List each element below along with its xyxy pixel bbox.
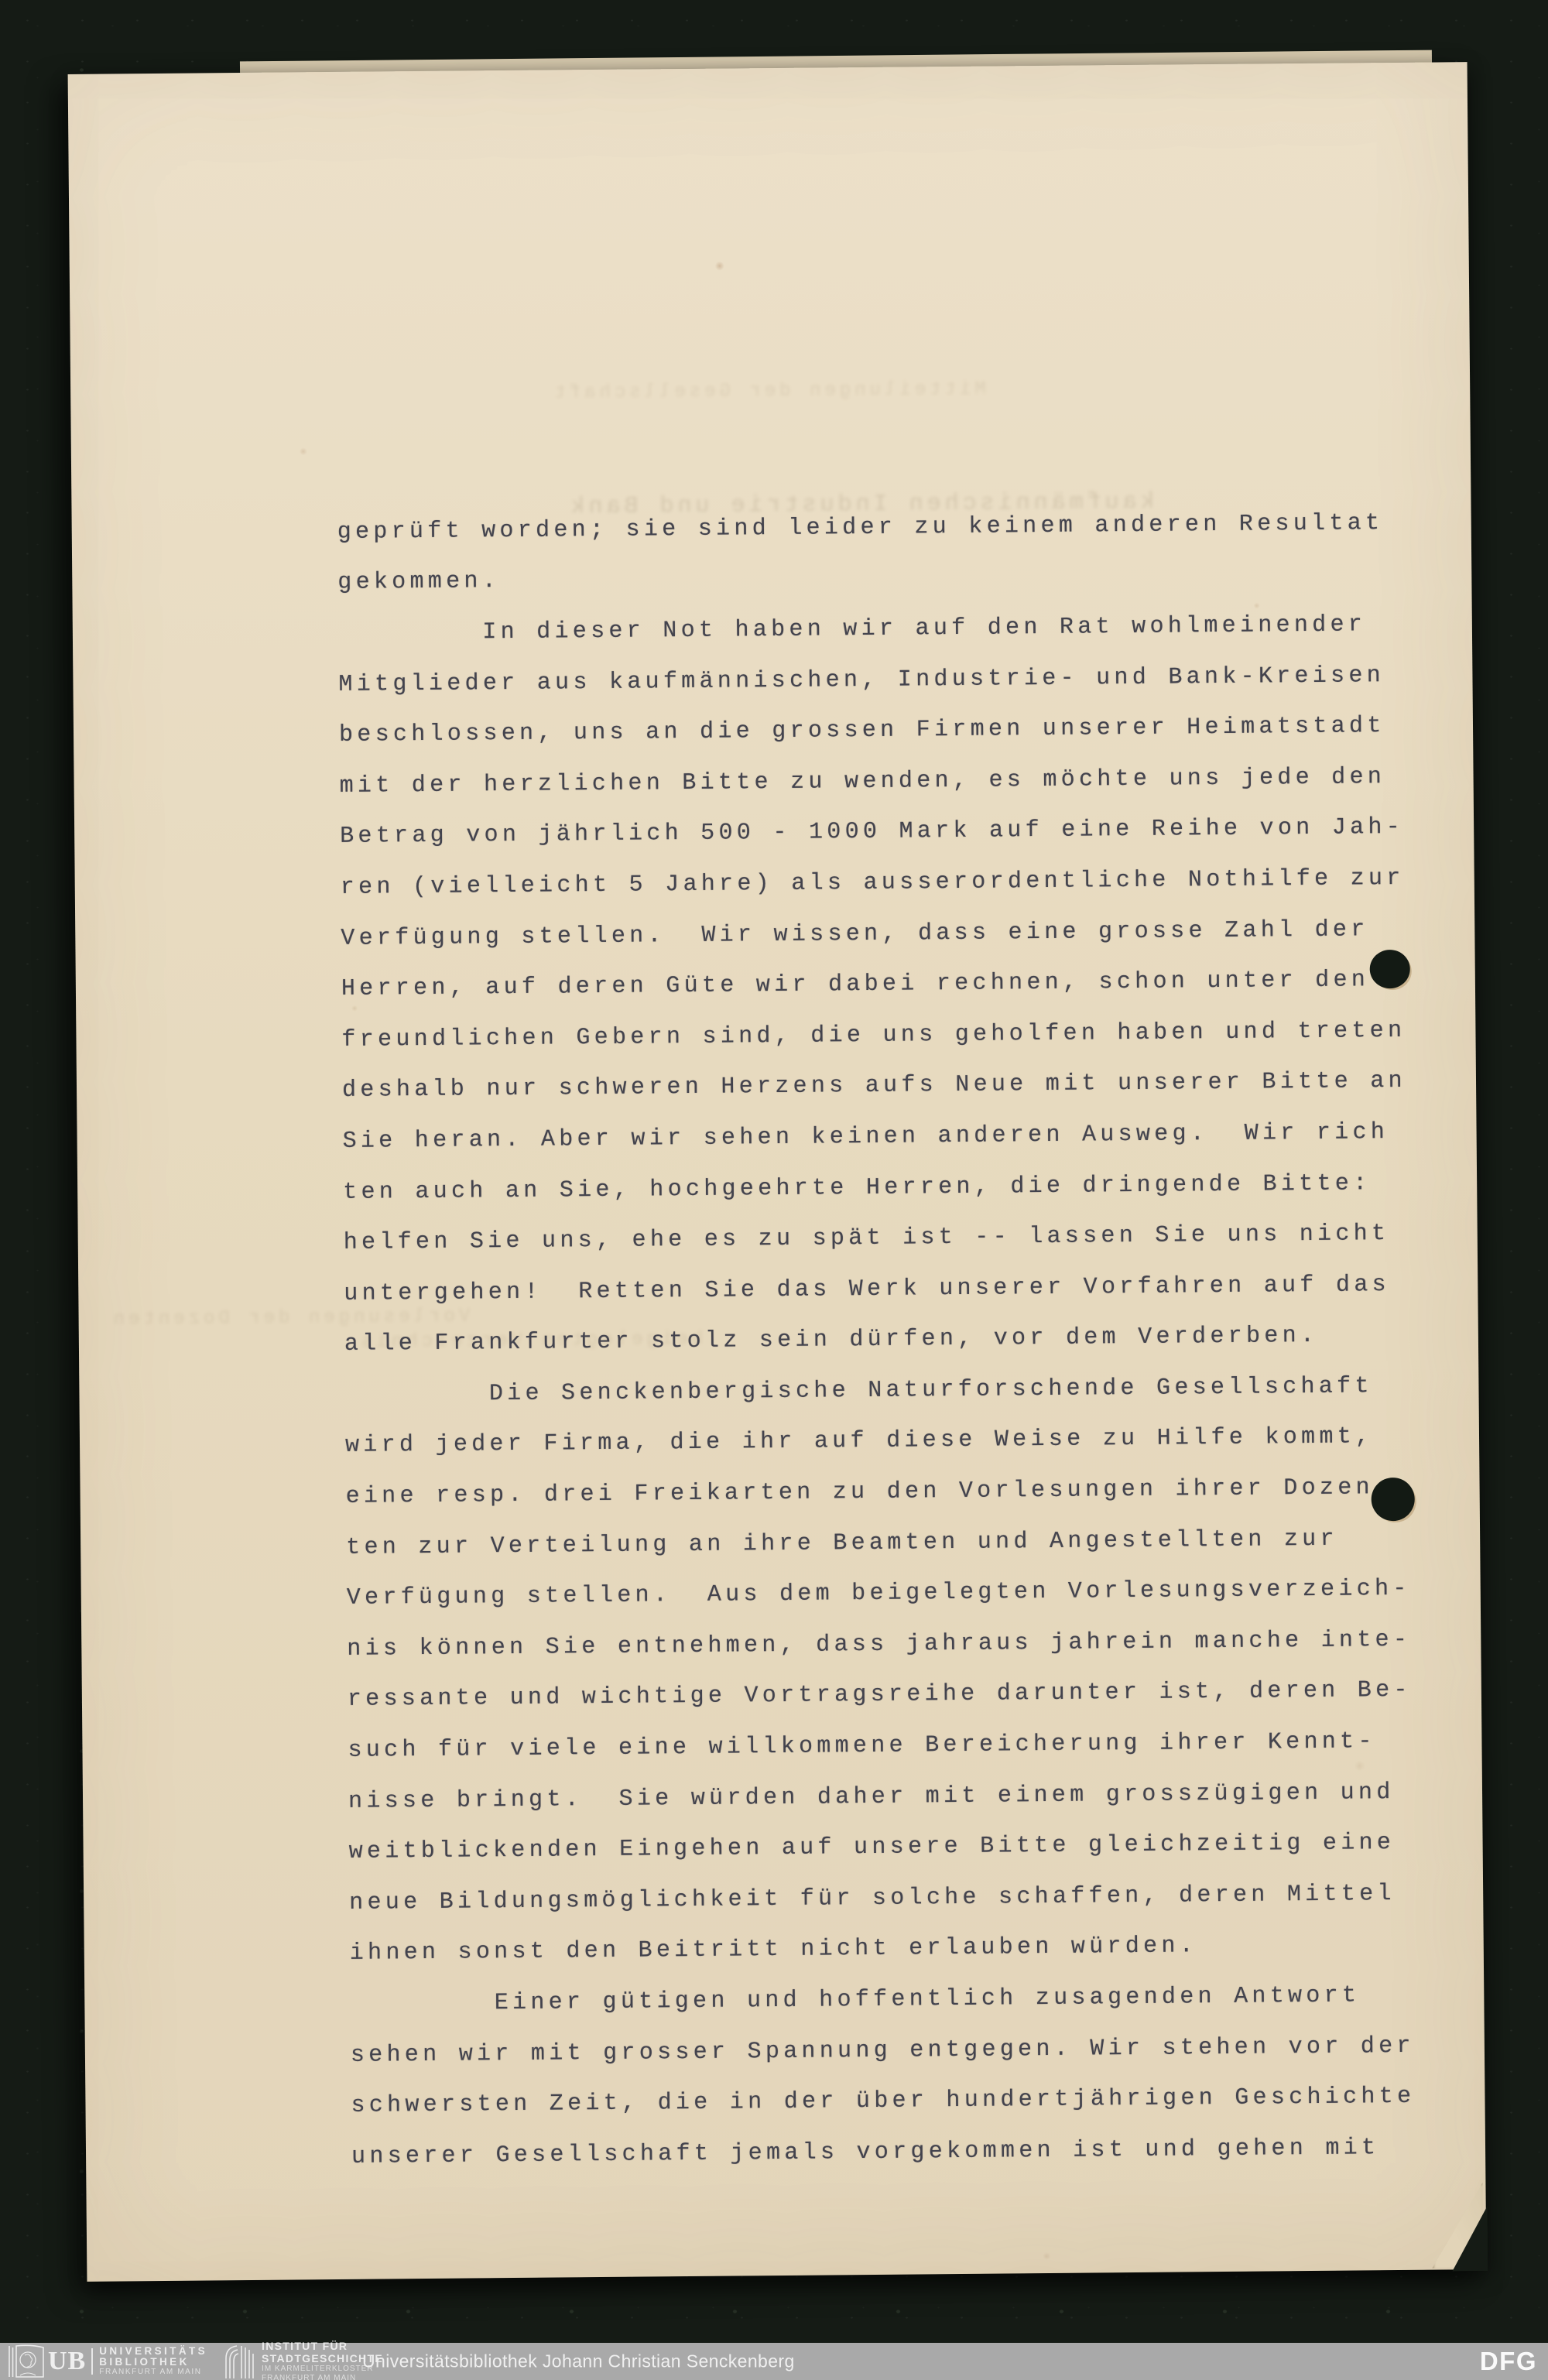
ub-wordmark: UNIVERSITÄTS BIBLIOTHEK FRANKFURT AM MAI…: [99, 2346, 207, 2377]
typewritten-line: neue Bildungsmöglichkeit für solche scha…: [349, 1868, 1449, 1929]
scanned-letter-page: Mitteilungen der Gesellschaftkaufmännisc…: [68, 62, 1487, 2282]
typewritten-line: eine resp. drei Freikarten zu den Vorles…: [345, 1463, 1445, 1523]
library-credit-text: Universitätsbibliothek Johann Christian …: [362, 2351, 795, 2372]
typewritten-line: such für viele eine willkommene Bereiche…: [348, 1717, 1447, 1777]
typewritten-line: nisse bringt. Sie würden daher mit einem…: [348, 1767, 1448, 1827]
library-credit-bar: UB UNIVERSITÄTS BIBLIOTHEK FRANKFURT AM …: [0, 2343, 1548, 2380]
typewritten-line: freundlichen Gebern sind, die uns geholf…: [341, 1005, 1441, 1066]
typewritten-line: Mitglieder aus kaufmännischen, Industrie…: [338, 650, 1438, 711]
typewritten-line: Sie heran. Aber wir sehen keinen anderen…: [342, 1107, 1442, 1167]
typewritten-line: ten auch an Sie, hochgeehrte Herren, die…: [343, 1158, 1443, 1218]
typewritten-line: beschlossen, uns an die grossen Firmen u…: [339, 701, 1439, 762]
typewritten-line: Betrag von jährlich 500 - 1000 Mark auf …: [340, 803, 1440, 863]
typewritten-line: ren (vielleicht 5 Jahre) als ausserorden…: [340, 853, 1440, 913]
typewritten-line: Verfügung stellen. Aus dem beigelegten V…: [347, 1564, 1447, 1625]
typewritten-line: weitblickenden Eingehen auf unsere Bitte…: [348, 1818, 1448, 1878]
ub-goethe-icon: [8, 2344, 45, 2378]
ub-abbr: UB: [48, 2346, 86, 2377]
typewritten-line: Einer gütigen und hoffentlich zusagenden…: [350, 1970, 1450, 2030]
ub-wordmark-line1: UNIVERSITÄTS: [99, 2346, 207, 2357]
gothic-arch-icon: [224, 2344, 254, 2378]
typewritten-line: ressante und wichtige Vortragsreihe daru…: [348, 1666, 1447, 1726]
typewritten-line: unserer Gesellschaft jemals vorgekommen …: [351, 2122, 1451, 2183]
typewritten-line: wird jeder Firma, die ihr auf diese Weis…: [345, 1412, 1445, 1472]
typewritten-line: Herren, auf deren Güte wir dabei rechnen…: [341, 955, 1441, 1015]
typewritten-line: schwersten Zeit, die in der über hundert…: [351, 2072, 1450, 2132]
ub-wordmark-line3: FRANKFURT AM MAIN: [99, 2368, 207, 2377]
typewritten-line: helfen Sie uns, ehe es zu spät ist -- la…: [344, 1209, 1444, 1269]
institut-line4: FRANKFURT AM MAIN: [262, 2374, 383, 2380]
typewritten-text-block: geprüft worden; sie sind leider zu keine…: [336, 346, 1451, 2183]
footer-logo-group: UB UNIVERSITÄTS BIBLIOTHEK FRANKFURT AM …: [0, 2343, 383, 2380]
typewritten-line: mit der herzlichen Bitte zu wenden, es m…: [339, 752, 1439, 812]
typewritten-line: ihnen sonst den Beitritt nicht erlauben …: [350, 1919, 1450, 1980]
typewritten-line: Verfügung stellen. Wir wissen, dass eine…: [341, 904, 1440, 964]
punch-hole-bottom: [1371, 1478, 1414, 1521]
ub-divider: [91, 2348, 93, 2375]
dfg-logo: DFG: [1480, 2347, 1537, 2376]
typewritten-line: nis können Sie entnehmen, dass jahraus j…: [347, 1615, 1447, 1675]
typewritten-line: deshalb nur schweren Herzens aufs Neue m…: [342, 1056, 1442, 1117]
typewritten-line: sehen wir mit grosser Spannung entgegen.…: [351, 2021, 1450, 2081]
scanned-document-viewer: { "colors":{ "background":"#151b15", "pa…: [0, 0, 1548, 2380]
typewritten-line: ten zur Verteilung an ihre Beamten und A…: [346, 1513, 1446, 1574]
typewritten-line: In dieser Not haben wir auf den Rat wohl…: [338, 600, 1438, 660]
ub-frankfurt-logo: UB UNIVERSITÄTS BIBLIOTHEK FRANKFURT AM …: [8, 2344, 207, 2378]
ub-wordmark-line2: BIBLIOTHEK: [99, 2357, 207, 2368]
typewritten-line: Die Senckenbergische Naturforschende Ges…: [344, 1361, 1444, 1421]
punch-hole-top: [1370, 950, 1410, 988]
typewritten-line: gekommen.: [337, 549, 1437, 609]
institut-stadtgeschichte-logo: INSTITUT FÜR STADTGESCHICHTE IM KARMELIT…: [224, 2341, 383, 2380]
typewritten-line: untergehen! Retten Sie das Werk unserer …: [344, 1259, 1444, 1320]
typewritten-line: geprüft worden; sie sind leider zu keine…: [337, 498, 1437, 558]
typewritten-line: alle Frankfurter stolz sein dürfen, vor …: [344, 1310, 1444, 1371]
